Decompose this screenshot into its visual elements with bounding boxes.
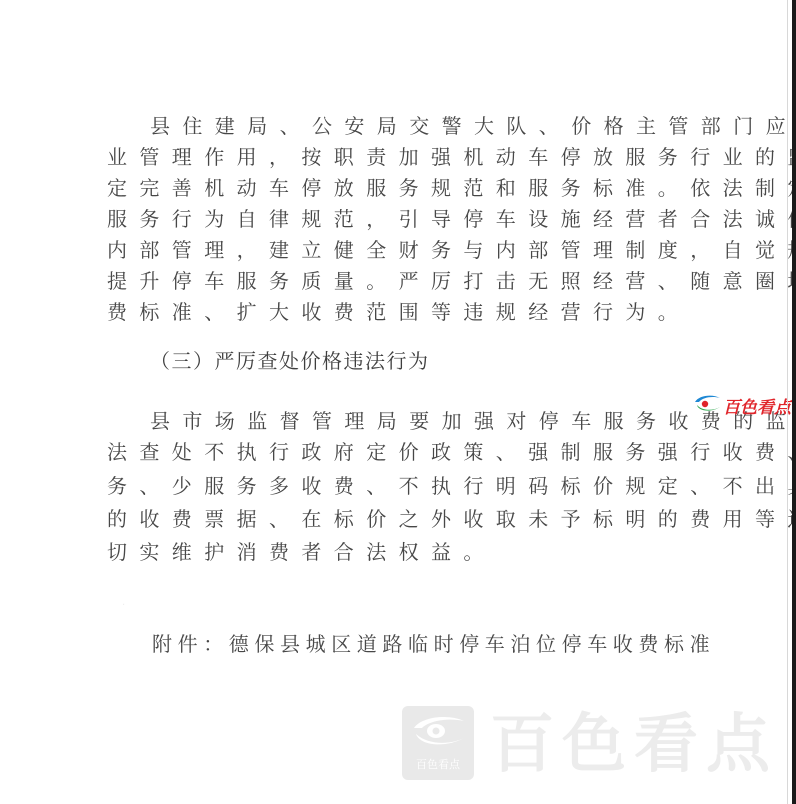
paragraph-1-line-4: 服务行为自律规范，引导停车设施经营者合法诚信经营，加强 — [107, 207, 796, 231]
paragraph-2-line-3: 务、少服务多收费、不执行明码标价规定、不出具和使用规定 — [107, 474, 796, 498]
document-page: 县住建局、公安局交警大队、价格主管部门应充分发挥行 业管理作用，按职责加强机动车… — [0, 0, 792, 804]
paragraph-1-line-3: 定完善机动车停放服务规范和服务标准。依法制定机动车停放 — [107, 176, 796, 200]
watermark-swirl-icon — [410, 714, 466, 750]
logo-watermark-text: 百色看点 — [723, 393, 791, 418]
paragraph-2-line-4: 的收费票据、在标价之外收取未予标明的费用等违法违规行为， — [107, 507, 796, 531]
paragraph-2-line-2: 法查处不执行政府定价政策、强制服务强行收费、只收费不服 — [107, 440, 796, 464]
paragraph-1-line-6: 提升停车服务质量。严厉打击无照经营、随意圈地收费提高收 — [107, 269, 796, 293]
section-heading: （三）严厉查处价格违法行为 — [150, 349, 430, 373]
paragraph-2-line-5: 切实维护消费者合法权益。 — [107, 540, 496, 564]
paragraph-1-line-7: 费标准、扩大收费范围等违规经营行为。 — [107, 300, 690, 324]
paragraph-1-line-1: 县住建局、公安局交警大队、价格主管部门应充分发挥行 — [150, 114, 796, 138]
watermark-badge-text: 百色看点 — [402, 756, 474, 772]
watermark-badge: 百色看点 — [402, 706, 474, 780]
logo-watermark-small: 百色看点 — [693, 390, 796, 418]
logo-swirl-icon — [693, 394, 721, 414]
watermark-large-text: 百色看点 — [490, 708, 778, 782]
attachment-line: 附件：德保县城区道路临时停车泊位停车收费标准 — [152, 632, 715, 656]
paragraph-1-line-2: 业管理作用，按职责加强机动车停放服务行业的监督管理，制 — [107, 145, 796, 169]
page-border-right — [792, 0, 796, 804]
scan-artifact: · — [122, 600, 130, 608]
logo-watermark-large: 百色看点 百色看点 — [402, 706, 792, 786]
page-edge-line — [787, 0, 788, 804]
paragraph-1-line-5: 内部管理，建立健全财务与内部管理制度，自觉规范服务行为， — [107, 238, 796, 262]
